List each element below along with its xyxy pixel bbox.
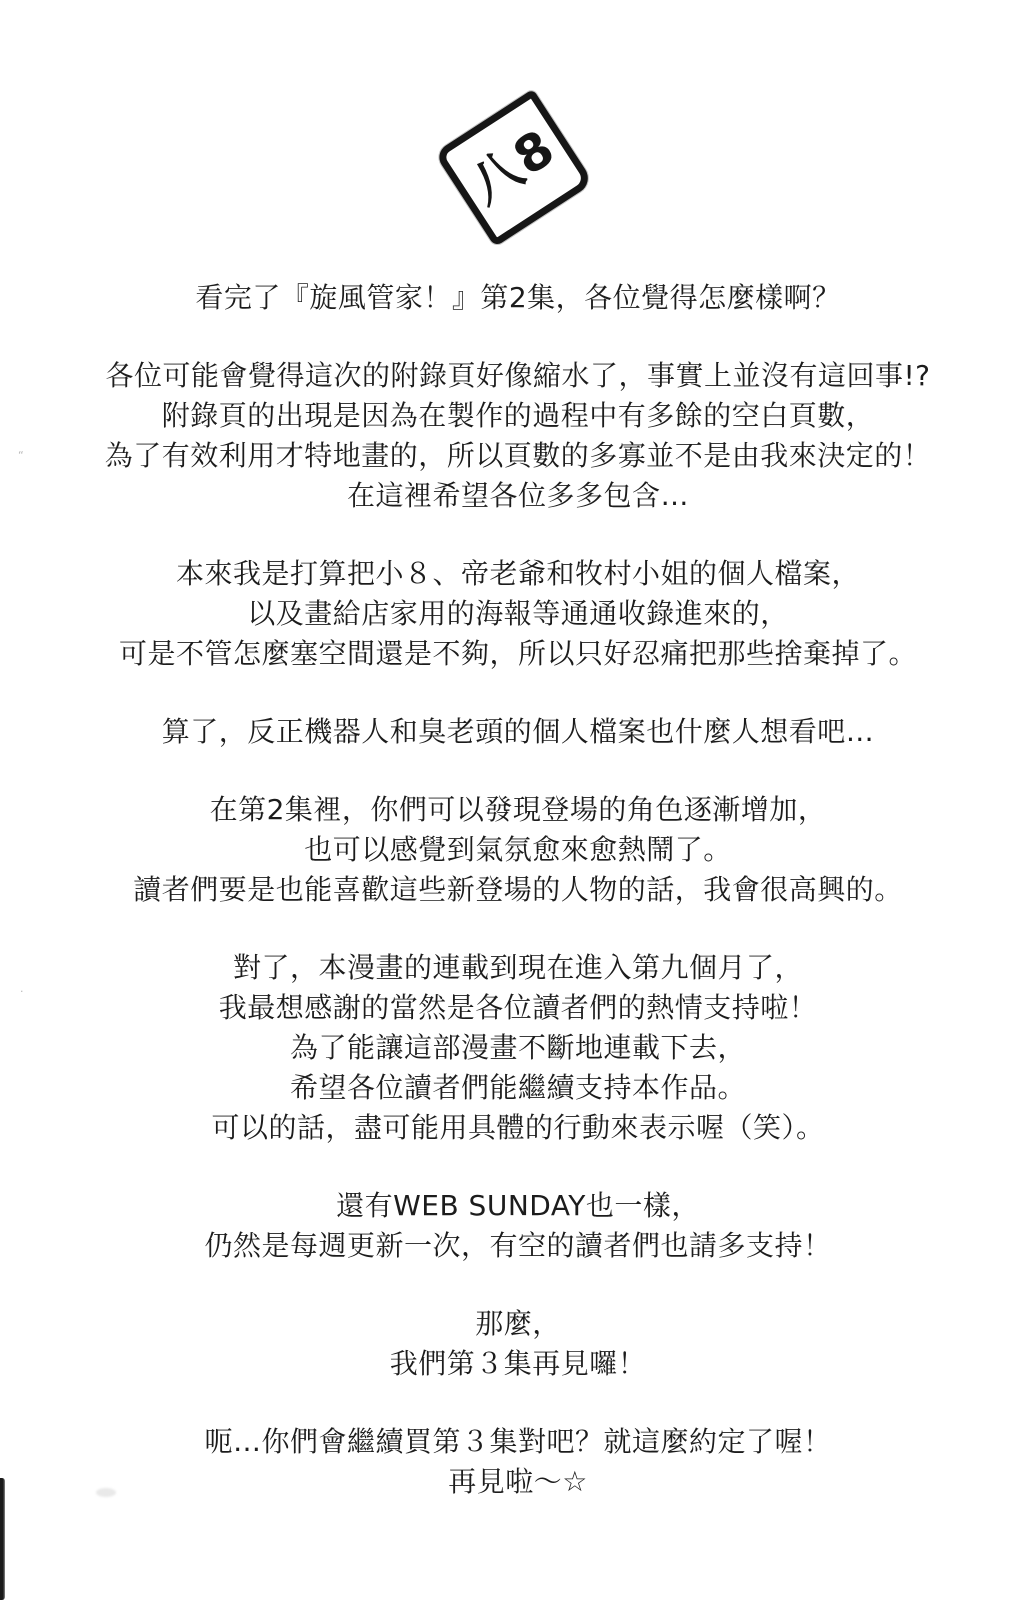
text-line: 讀者們要是也能喜歡這些新登場的人物的話，我會很高興的。 [0,870,1036,910]
paragraph: 在第2集裡，你們可以發現登場的角色逐漸增加，也可以感覺到氣氛愈來愈熱鬧了。讀者們… [0,790,1036,910]
text-line: 各位可能會覺得這次的附錄頁好像縮水了，事實上並沒有這回事!? [0,356,1036,396]
text-line: 我最想感謝的當然是各位讀者們的熱情支持啦！ [0,988,1036,1028]
text-line: 也可以感覺到氣氛愈來愈熱鬧了。 [0,830,1036,870]
scan-speck: · [20,986,24,997]
text-line: 看完了『旋風管家！』第2集，各位覺得怎麼樣啊？ [0,278,1036,318]
author-seal-stamp: 八8 [434,89,594,247]
afterword-text-block: 看完了『旋風管家！』第2集，各位覺得怎麼樣啊？各位可能會覺得這次的附錄頁好像縮水… [0,278,1036,1540]
text-line: 算了，反正機器人和臭老頭的個人檔案也什麼人想看吧… [0,712,1036,752]
text-line: 希望各位讀者們能繼續支持本作品。 [0,1068,1036,1108]
paragraph: 呃…你們會繼續買第３集對吧？就這麼約定了喔！再見啦～☆ [0,1422,1036,1502]
text-line: 可以的話，盡可能用具體的行動來表示喔（笑）。 [0,1108,1036,1148]
text-line: 那麼， [0,1304,1036,1344]
paragraph: 對了，本漫畫的連載到現在進入第九個月了，我最想感謝的當然是各位讀者們的熱情支持啦… [0,948,1036,1148]
paragraph: 還有WEB SUNDAY也一樣，仍然是每週更新一次，有空的讀者們也請多支持！ [0,1186,1036,1266]
author-seal-text: 八8 [462,121,564,211]
manga-afterword-page: 八8 看完了『旋風管家！』第2集，各位覺得怎麼樣啊？各位可能會覺得這次的附錄頁好… [0,0,1036,1600]
scan-smudge [96,1488,116,1497]
text-line: 在這裡希望各位多多包含… [0,476,1036,516]
text-line: 附錄頁的出現是因為在製作的過程中有多餘的空白頁數， [0,396,1036,436]
text-line: 還有WEB SUNDAY也一樣， [0,1186,1036,1226]
text-line: 對了，本漫畫的連載到現在進入第九個月了， [0,948,1036,988]
paragraph: 那麼，我們第３集再見囉！ [0,1304,1036,1384]
paragraph: 本來我是打算把小８、帝老爺和牧村小姐的個人檔案，以及畫給店家用的海報等通通收錄進… [0,554,1036,674]
text-line: 在第2集裡，你們可以發現登場的角色逐漸增加， [0,790,1036,830]
text-line: 為了能讓這部漫畫不斷地連載下去， [0,1028,1036,1068]
scan-edge-artifact [0,1478,5,1600]
text-line: 再見啦～☆ [0,1462,1036,1502]
paragraph: 算了，反正機器人和臭老頭的個人檔案也什麼人想看吧… [0,712,1036,752]
text-line: 呃…你們會繼續買第３集對吧？就這麼約定了喔！ [0,1422,1036,1462]
text-line: 可是不管怎麼塞空間還是不夠，所以只好忍痛把那些捨棄掉了。 [0,634,1036,674]
scan-speck: “ [18,450,24,461]
text-line: 本來我是打算把小８、帝老爺和牧村小姐的個人檔案， [0,554,1036,594]
text-line: 為了有效利用才特地畫的，所以頁數的多寡並不是由我來決定的！ [0,436,1036,476]
text-line: 我們第３集再見囉！ [0,1344,1036,1384]
paragraph: 看完了『旋風管家！』第2集，各位覺得怎麼樣啊？ [0,278,1036,318]
text-line: 以及畫給店家用的海報等通通收錄進來的， [0,594,1036,634]
text-line: 仍然是每週更新一次，有空的讀者們也請多支持！ [0,1226,1036,1266]
paragraph: 各位可能會覺得這次的附錄頁好像縮水了，事實上並沒有這回事!?附錄頁的出現是因為在… [0,356,1036,516]
